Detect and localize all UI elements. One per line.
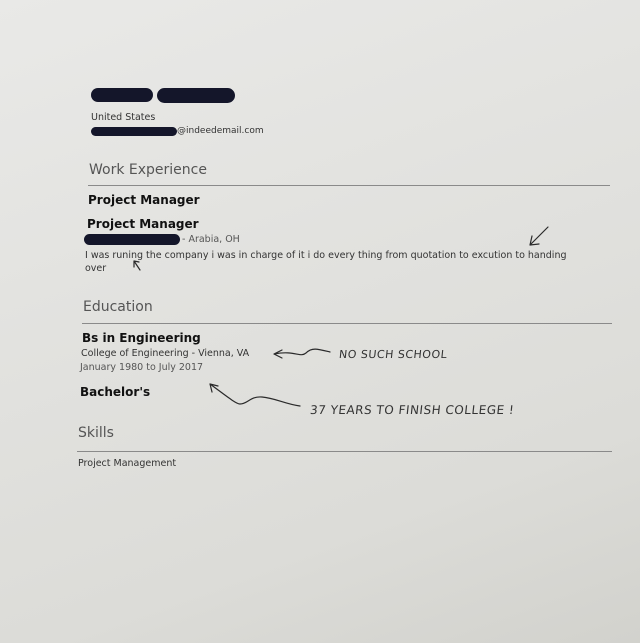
annotation-37-years: 37 YEARS TO FINISH COLLEGE ! [309, 403, 515, 417]
handwritten-arrows [0, 0, 640, 643]
annotation-no-such-school: NO SUCH SCHOOL [338, 348, 448, 361]
